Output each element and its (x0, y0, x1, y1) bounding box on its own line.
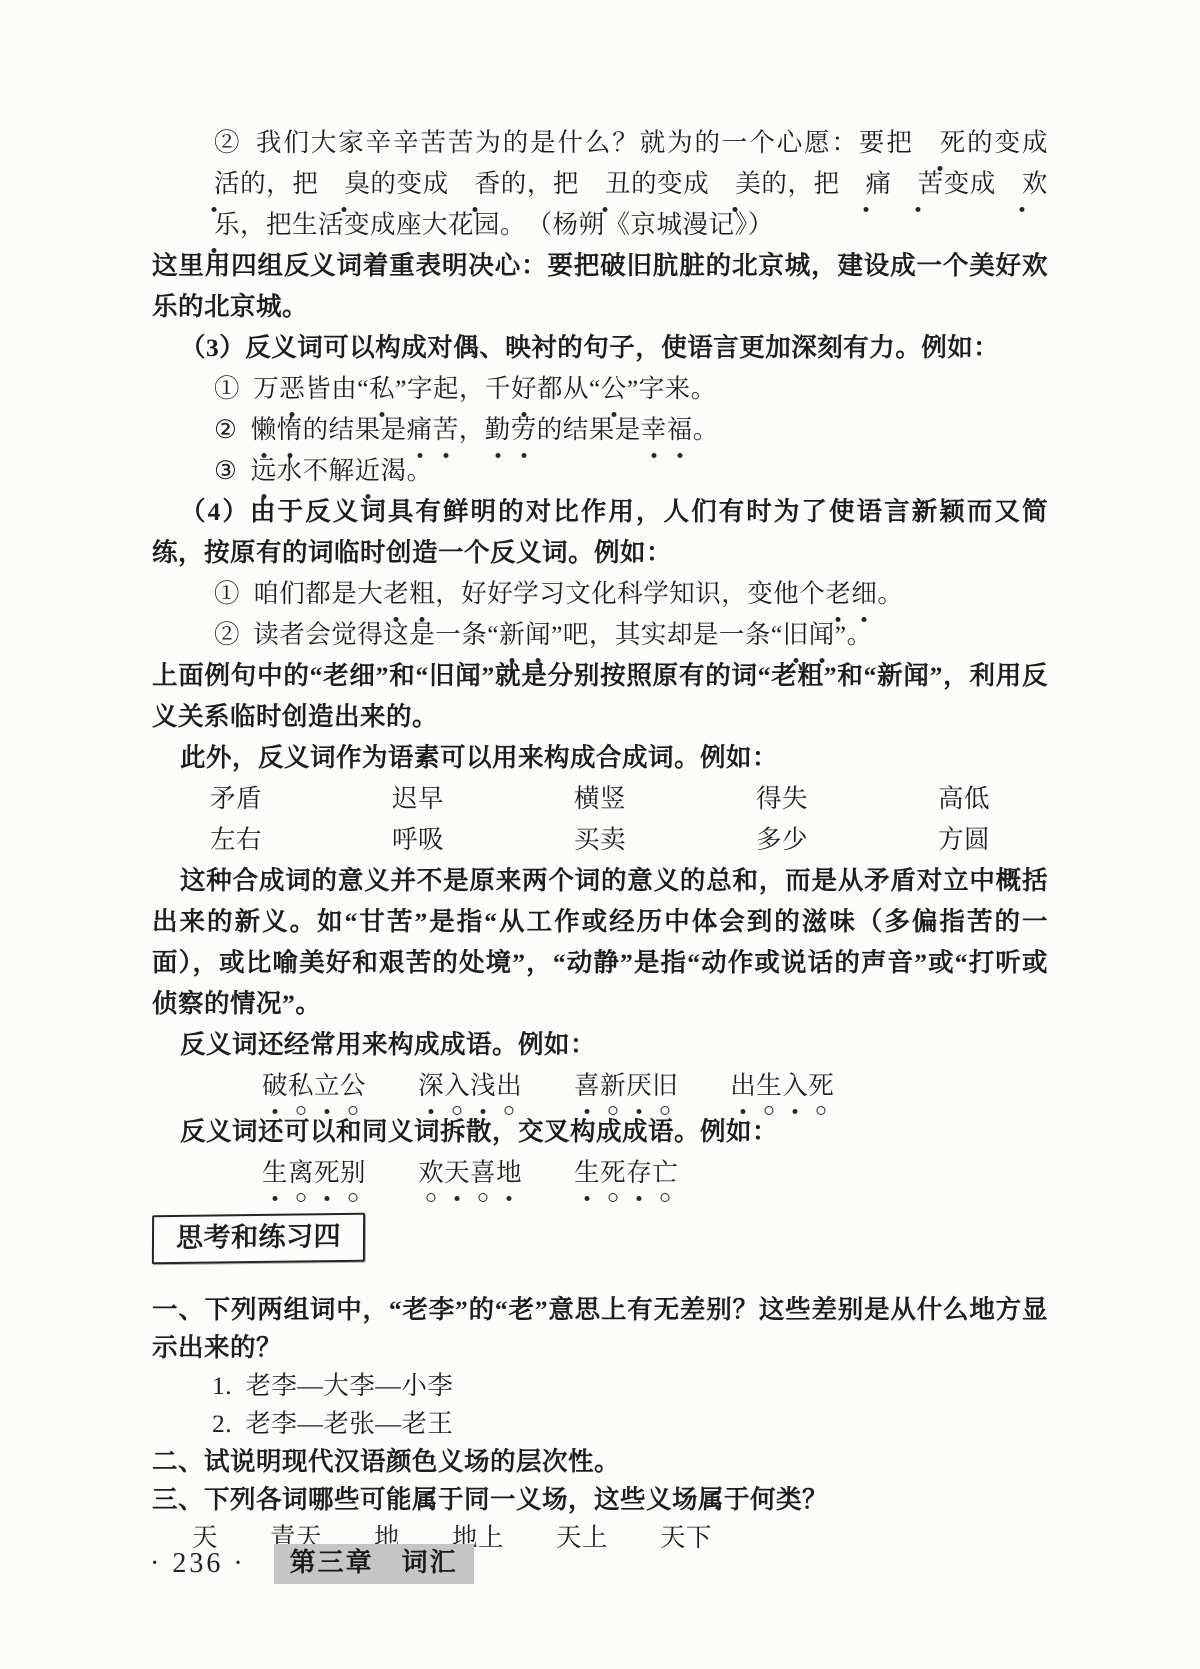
compound-row-1: 矛盾 迟早 横竖 得失 高低 (210, 778, 1048, 819)
emphasis-dot-char: 立 (314, 1065, 340, 1106)
emphasis-dot-char: 深 (418, 1065, 444, 1106)
emphasis-dot-char: 勤 (485, 409, 511, 450)
emphasis-ring-char: 旧 (652, 1065, 678, 1106)
emphasis-ring-char: 死 (808, 1065, 834, 1106)
emphasis-dot-char: 旧 (783, 614, 809, 655)
page-footer: · 236 · 第三章 词汇 (150, 1544, 474, 1584)
emphasis-dot-char: 懒 (251, 409, 277, 450)
emphasis-dot-char: 好 (511, 368, 537, 409)
emphasis-dot-char: 天 (444, 1152, 470, 1193)
book-page: ② 我们大家辛辛苦苦为的是什么？就为的一个心愿：要把死的变成活的，把臭的变成香的… (0, 0, 1200, 1669)
emphasis-dot-char: 生 (262, 1152, 288, 1193)
chapter-tag: 第三章 词汇 (274, 1544, 474, 1584)
emphasis-dot-char: 惰 (277, 409, 303, 450)
emphasis-ring-char: 欢 (418, 1152, 444, 1193)
emphasis-dot-char: 痛 (840, 163, 892, 204)
emphasis-ring-char: 公 (340, 1065, 366, 1106)
emphasis-dot-char: 浅 (470, 1065, 496, 1106)
exercise-1-item-1: 1. 老李—大李—小李 (212, 1367, 1048, 1405)
emphasis-dot-char: 细 (851, 573, 877, 614)
emphasis-dot-char: 新 (499, 614, 525, 655)
exercise-3: 三、下列各词哪些可能属于同一义场，这些义场属于何类？ (152, 1481, 1048, 1519)
page-number: · 236 · (150, 1548, 246, 1580)
commentary-coined: 上面例句中的“老细”和“旧闻”就是分别按照原有的词“老粗”和“新闻”，利用反义关… (152, 655, 1048, 737)
emphasis-dot-char: 劳 (511, 409, 537, 450)
emphasis-dot-char: 美 (709, 163, 761, 204)
compound-meaning: 这种合成词的意义并不是原来两个词的意义的总和，而是从矛盾对立中概括出来的新义。如… (152, 860, 1048, 1024)
emphasis-dot-char: 苦 (433, 409, 459, 450)
emphasis-ring-char: 亡 (652, 1152, 678, 1193)
emphasis-ring-char: 生 (756, 1065, 782, 1106)
emphasis-dot-char: 臭 (318, 163, 370, 204)
point-3: （3）反义词可以构成对偶、映衬的句子，使语言更加深刻有力。例如： (152, 327, 1048, 368)
example-3-3: ③ 远水不解近渴。 (214, 450, 1048, 491)
compound-row-2: 左右 呼吸 买卖 多少 方圆 (210, 819, 1048, 860)
emphasis-dot-char: 福 (667, 409, 693, 450)
emphasis-dot-char: 存 (626, 1152, 652, 1193)
emphasis-ring-char: 入 (444, 1065, 470, 1106)
example-3-2: ② 懒惰的结果是痛苦，勤劳的结果是幸福。 (214, 409, 1048, 450)
emphasis-dot-char: 乐 (188, 204, 240, 245)
idiom-row-2: 生离死别 欢天喜地 生死存亡 (262, 1152, 1048, 1193)
emphasis-dot-char: 喜 (574, 1065, 600, 1106)
emphasis-dot-char: 老 (825, 573, 851, 614)
emphasis-dot-char: 生 (574, 1152, 600, 1193)
idiom-cross-intro: 反义词还可以和同义词拆散，交叉构成成语。例如： (152, 1111, 1048, 1152)
emphasis-dot-char: 厌 (626, 1065, 652, 1106)
emphasis-dot-char: 幸 (641, 409, 667, 450)
emphasis-dot-char: 死 (314, 1152, 340, 1193)
emphasis-ring-char: 死 (600, 1152, 626, 1193)
emphasis-dot-char: 粗 (409, 573, 435, 614)
exercise-1-item-2: 2. 老李—老张—老王 (212, 1405, 1048, 1443)
emphasis-dot-char: 闻 (525, 614, 551, 655)
emphasis-dot-char: 入 (782, 1065, 808, 1106)
emphasis-ring-char: 私 (288, 1065, 314, 1106)
emphasis-dot-char: 痛 (407, 409, 433, 450)
example-4-2: ② 读者会觉得这是一条“新闻”吧，其实却是一条“旧闻”。 (214, 614, 1048, 655)
emphasis-dot-char: 死 (914, 122, 966, 163)
emphasis-dot-char: 远 (251, 450, 277, 491)
emphasis-dot-char: 近 (355, 450, 381, 491)
document-body: ② 我们大家辛辛苦苦为的是什么？就为的一个心愿：要把死的变成活的，把臭的变成香的… (152, 122, 1048, 1557)
exercise-1: 一、下列两组词中，“老李”的“老”意思上有无差别？这些差别是从什么地方显示出来的… (152, 1291, 1048, 1367)
emphasis-dot-char: 恶 (279, 368, 305, 409)
emphasis-dot-char: 欢 (996, 163, 1048, 204)
emphasis-ring-char: 新 (600, 1065, 626, 1106)
emphasis-dot-char: 香 (449, 163, 501, 204)
emphasis-dot-char: 闻 (809, 614, 835, 655)
emphasis-dot-char: 丑 (579, 163, 631, 204)
emphasis-dot-char: 苦 (892, 163, 944, 204)
commentary-beijing: 这里用四组反义词着重表明决心：要把破旧肮脏的北京城，建设成一个美好欢乐的北京城。 (152, 245, 1048, 327)
idiom-row-1: 破私立公 深入浅出 喜新厌旧 出生入死 (262, 1065, 1048, 1106)
emphasis-ring-char: 离 (288, 1152, 314, 1193)
point-4: （4）由于反义词具有鲜明的对比作用，人们有时为了使语言新颖而又简练，按原有的词临… (152, 491, 1048, 573)
emphasis-dot-char: 私 (369, 368, 395, 409)
emphasis-ring-char: 别 (340, 1152, 366, 1193)
emphasis-ring-char: 出 (496, 1065, 522, 1106)
emphasis-dot-char: 老 (383, 573, 409, 614)
idiom-intro: 反义词还经常用来构成成语。例如： (152, 1024, 1048, 1065)
example-3-1: ① 万恶皆由“私”字起，千好都从“公”字来。 (214, 368, 1048, 409)
emphasis-dot-char: 地 (496, 1152, 522, 1193)
emphasis-ring-char: 喜 (470, 1152, 496, 1193)
emphasis-dot-char: 活 (188, 163, 240, 204)
emphasis-dot-char: 出 (730, 1065, 756, 1106)
compound-intro: 此外，反义词作为语素可以用来构成合成词。例如： (152, 737, 1048, 778)
exercises-heading: 思考和练习四 (152, 1213, 365, 1265)
emphasis-dot-char: 公 (601, 368, 627, 409)
exercise-2: 二、试说明现代汉语颜色义场的层次性。 (152, 1443, 1048, 1481)
example-4-1: ① 咱们都是大老粗，好好学习文化科学知识，变他个老细。 (214, 573, 1048, 614)
quote-example-2: ② 我们大家辛辛苦苦为的是什么？就为的一个心愿：要把死的变成活的，把臭的变成香的… (188, 122, 1048, 245)
emphasis-dot-char: 破 (262, 1065, 288, 1106)
